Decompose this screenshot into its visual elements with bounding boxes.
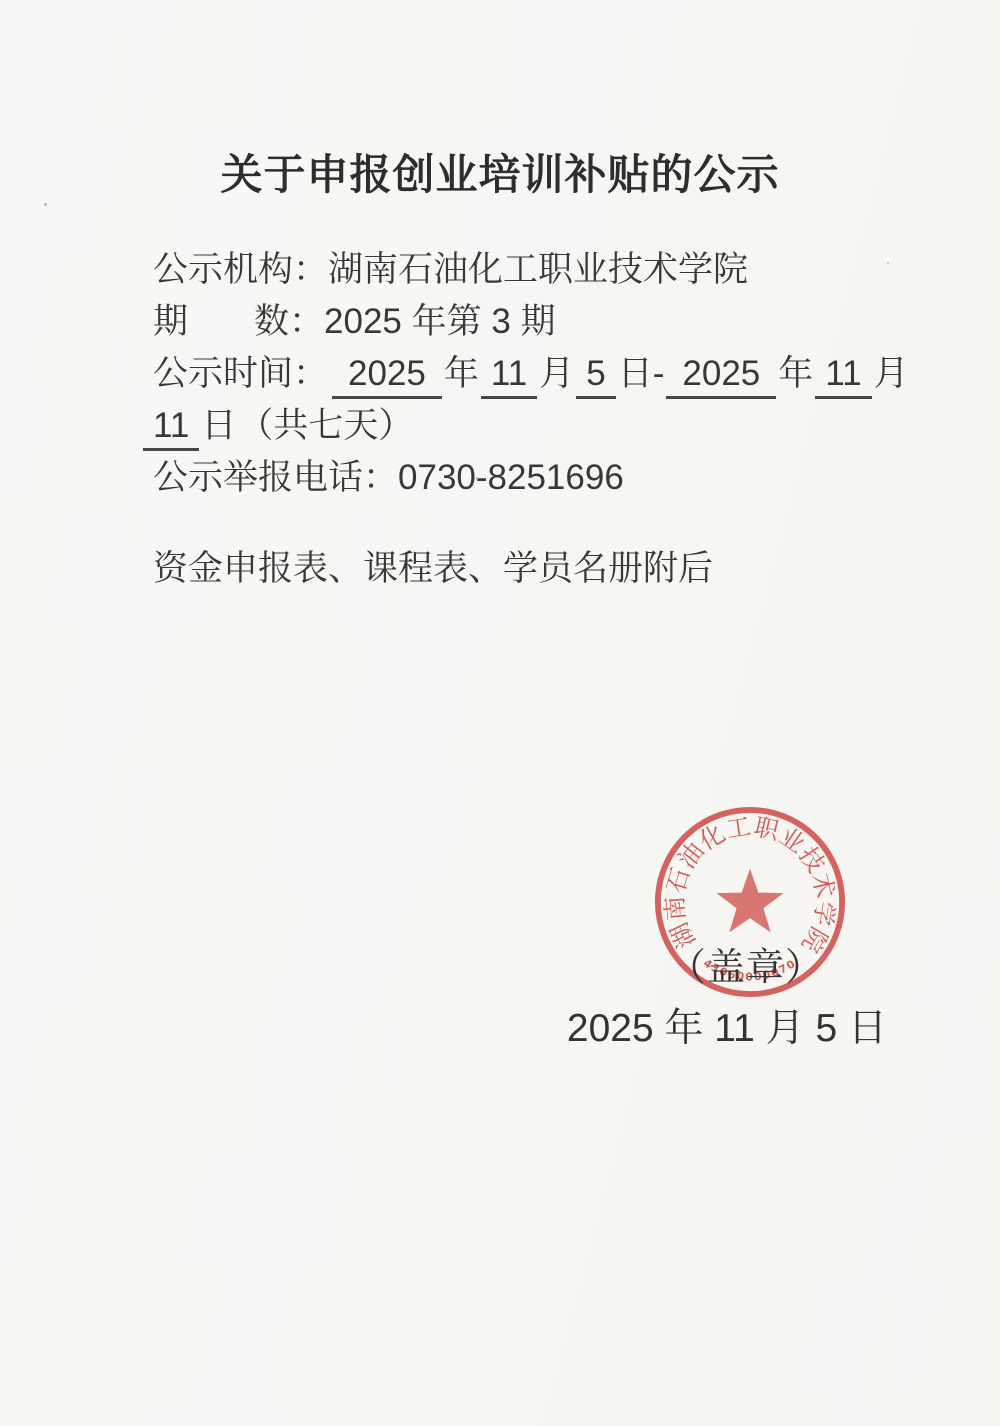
period-end-month-unit: 月 (874, 354, 909, 393)
issue-line: 期数：2025 年第 3 期 (153, 296, 913, 348)
period-line-1: 公示时间：2025年11月5日-2025年11月 (153, 348, 913, 400)
issue-value: 2025 年第 3 期 (324, 302, 556, 341)
period-end-day-unit: 日 (201, 406, 236, 445)
period-end-year-unit: 年 (778, 354, 813, 393)
hotline-number: 0730-8251696 (398, 458, 624, 497)
signature-date: 2025 年 11 月 5 日 (0, 997, 887, 1053)
period-end-month: 11 (815, 352, 871, 399)
hotline-label: 公示举报电话： (153, 458, 398, 497)
issue-label-first: 期 (153, 302, 188, 341)
scan-speck (44, 203, 47, 206)
notice-body: 公示机构：湖南石油化工职业技术学院 期数：2025 年第 3 期 公示时间：20… (153, 244, 913, 595)
attachment-note: 资金申报表、课程表、学员名册附后 (153, 543, 913, 595)
period-line-2: 11日（共七天） (153, 400, 913, 452)
period-start-day: 5 (576, 352, 615, 399)
scan-speck (887, 262, 889, 264)
period-end-year: 2025 (666, 352, 776, 399)
document-page: 关于申报创业培训补贴的公示 公示机构：湖南石油化工职业技术学院 期数：2025 … (0, 0, 1000, 1426)
seal-star-icon (716, 869, 783, 933)
notice-title: 关于申报创业培训补贴的公示 (0, 142, 1000, 202)
org-label: 公示机构： (153, 250, 328, 289)
issue-label-second: 数： (254, 302, 324, 341)
period-end-day: 11 (143, 404, 199, 451)
period-start-month-unit: 月 (539, 354, 574, 393)
stamp-note: （盖章） (668, 936, 824, 991)
period-start-month: 11 (481, 352, 537, 399)
org-line: 公示机构：湖南石油化工职业技术学院 (153, 244, 913, 296)
period-start-day-dash: 日- (618, 354, 665, 393)
period-duration-note: （共七天） (238, 406, 413, 445)
hotline-line: 公示举报电话：0730-8251696 (153, 452, 913, 504)
org-value: 湖南石油化工职业技术学院 (328, 250, 748, 289)
period-start-year-unit: 年 (444, 354, 479, 393)
scan-speck (476, 477, 478, 480)
period-start-year: 2025 (332, 352, 442, 399)
period-label: 公示时间： (153, 354, 328, 393)
